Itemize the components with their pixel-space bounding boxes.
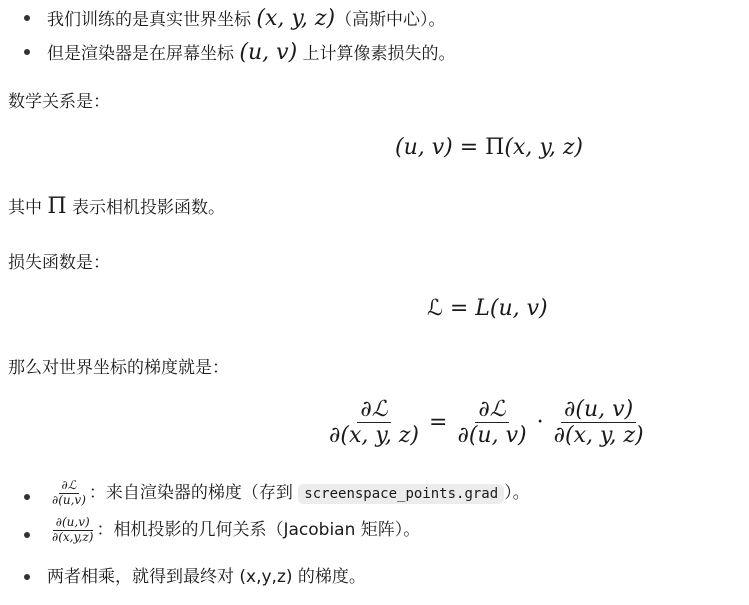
math: Π [485,135,504,160]
equation: (u, v) = Π(x, y, z) [395,135,583,160]
paragraph: 其中 Π 表示相机投影函数。 [8,193,225,219]
math: = [443,296,475,321]
list-item: ∂(u,v)∂(x,y,z)：相机投影的几何关系（Jacobian 矩阵）。 [49,515,420,544]
equation: ∂ℒ∂(x, y, z) = ∂ℒ∂(u, v) · ∂(u, v)∂(x, y… [326,397,647,449]
numerator: ∂ℒ [357,397,390,423]
bullet [24,49,30,55]
text: 我们训练的是真实世界坐标 [47,10,256,30]
text: 表示相机投影函数。 [67,198,225,218]
denominator: ∂(x, y, z) [551,423,647,448]
math: ℒ [427,296,443,321]
math: (x, y, z) [256,6,335,31]
list-item: 两者相乘，就得到最终对 (x,y,z) 的梯度。 [47,562,366,587]
math: = [429,410,447,435]
math: · [537,410,544,435]
equation: ℒ = L(u, v) [427,296,548,321]
list-item: 但是渲染器是在屏幕坐标 (u, v) 上计算像素损失的。 [47,39,456,65]
numerator: ∂ℒ [475,397,508,423]
text: 上计算像素损失的。 [297,44,455,64]
denominator: ∂(x,y,z) [49,531,96,545]
text: 但是渲染器是在屏幕坐标 [47,44,239,64]
fraction: ∂ℒ∂(u, v) [454,397,529,449]
fraction: ∂ℒ∂(x, y, z) [326,397,422,449]
denominator: ∂(u,v) [49,494,89,508]
numerator: ∂ℒ [59,479,80,494]
text: ：相机投影的几何关系（Jacobian 矩阵）。 [96,520,420,540]
inline-code: screenspace_points.grad [298,484,504,504]
math: (u, v) = [395,135,485,160]
math: Π [47,194,66,219]
paragraph: 数学关系是： [8,87,110,112]
math: L(u, v) [475,296,547,321]
denominator: ∂(u, v) [454,423,529,448]
text: （高斯中心）。 [335,10,446,30]
text: 其中 [8,198,47,218]
bullet [24,15,30,21]
numerator: ∂(u, v) [561,397,636,423]
bullet [24,494,30,500]
denominator: ∂(x, y, z) [326,423,422,448]
paragraph: 那么对世界坐标的梯度就是： [8,353,229,378]
numerator: ∂(u,v) [53,516,93,531]
math: (u, v) [239,40,297,65]
paragraph: 损失函数是： [8,248,110,273]
bullet [24,574,30,580]
fraction: ∂(u,v)∂(x,y,z) [49,516,96,545]
fraction: ∂(u, v)∂(x, y, z) [551,397,647,449]
list-item: 我们训练的是真实世界坐标 (x, y, z)（高斯中心）。 [47,5,446,31]
text: ）。 [504,483,530,503]
fraction: ∂ℒ∂(u,v) [49,479,89,508]
list-item: ∂ℒ∂(u,v)：来自渲染器的梯度（存到 screenspace_points.… [49,478,530,507]
bullet [24,532,30,538]
math: (x, y, z) [504,135,583,160]
text: ：来自渲染器的梯度（存到 [89,483,298,503]
